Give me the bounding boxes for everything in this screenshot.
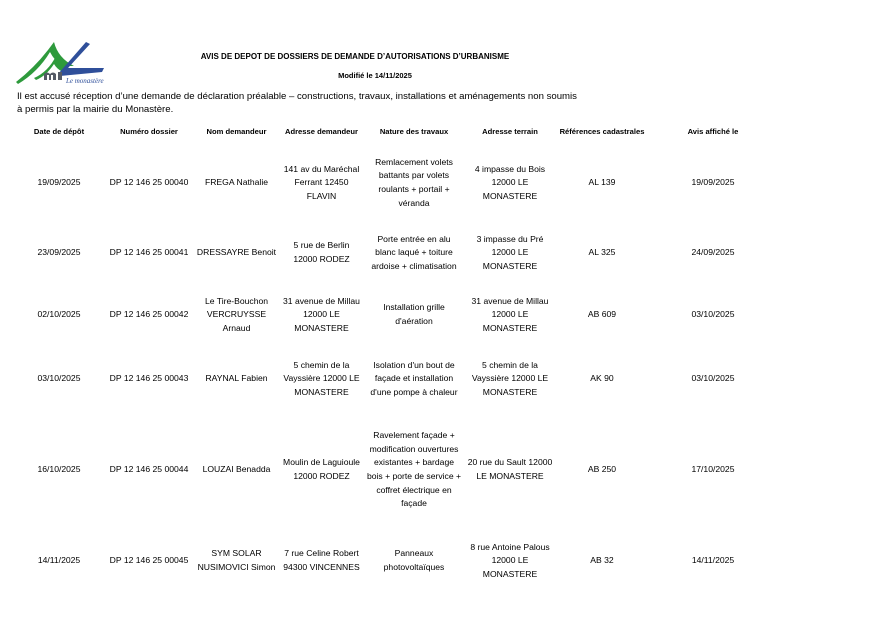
page-title: AVIS DE DEPOT DE DOSSIERS DE DEMANDE D’A… — [180, 52, 530, 61]
cell-adresse-terrain: 20 rue du Sault 12000 LE MONASTERE — [464, 412, 556, 528]
header-avis-affiche: Avis affiché le — [648, 118, 778, 144]
cell-numero: DP 12 146 25 00041 — [104, 222, 194, 284]
cell-adresse-demandeur: 31 avenue de Millau 12000 LE MONASTERE — [279, 284, 364, 346]
cell-adresse-terrain: 4 impasse du Bois 12000 LE MONASTERE — [464, 144, 556, 222]
cell-avis: 03/10/2025 — [648, 284, 778, 346]
cell-cadastre: AK 90 — [556, 346, 648, 412]
municipality-logo: Le monastère — [14, 38, 126, 86]
cell-date-depot: 02/10/2025 — [14, 284, 104, 346]
cell-numero: DP 12 146 25 00040 — [104, 144, 194, 222]
cell-date-depot: 19/09/2025 — [14, 144, 104, 222]
applications-table: Date de dépôt Numéro dossier Nom demande… — [14, 118, 778, 594]
cell-avis: 24/09/2025 — [648, 222, 778, 284]
table-row: 14/11/2025 DP 12 146 25 00045 SYM SOLAR … — [14, 528, 778, 594]
cell-adresse-demandeur: Moulin de Laguioule 12000 RODEZ — [279, 412, 364, 528]
cell-numero: DP 12 146 25 00044 — [104, 412, 194, 528]
cell-date-depot: 14/11/2025 — [14, 528, 104, 594]
header-nom-demandeur: Nom demandeur — [194, 118, 279, 144]
header-nature-travaux: Nature des travaux — [364, 118, 464, 144]
header-references-cadastrales: Références cadastrales — [556, 118, 648, 144]
header-date-depot: Date de dépôt — [14, 118, 104, 144]
cell-cadastre: AL 139 — [556, 144, 648, 222]
logo-icon: Le monastère — [14, 38, 126, 86]
header-adresse-terrain: Adresse terrain — [464, 118, 556, 144]
header-adresse-demandeur: Adresse demandeur — [279, 118, 364, 144]
modified-date: Modifié le 14/11/2025 — [180, 71, 570, 80]
cell-adresse-demandeur: 141 av du Maréchal Ferrant 12450 FLAVIN — [279, 144, 364, 222]
cell-avis: 19/09/2025 — [648, 144, 778, 222]
cell-nature: Isolation d'un bout de façade et install… — [364, 346, 464, 412]
cell-adresse-terrain: 31 avenue de Millau 12000 LE MONASTERE — [464, 284, 556, 346]
cell-nom: LOUZAI Benadda — [194, 412, 279, 528]
table-row: 16/10/2025 DP 12 146 25 00044 LOUZAI Ben… — [14, 412, 778, 528]
cell-adresse-demandeur: 7 rue Celine Robert 94300 VINCENNES — [279, 528, 364, 594]
cell-nom: DRESSAYRE Benoit — [194, 222, 279, 284]
cell-nature: Installation grille d'aération — [364, 284, 464, 346]
cell-nom: Le Tire-Bouchon VERCRUYSSE Arnaud — [194, 284, 279, 346]
header-numero-dossier: Numéro dossier — [104, 118, 194, 144]
cell-avis: 14/11/2025 — [648, 528, 778, 594]
cell-cadastre: AL 325 — [556, 222, 648, 284]
cell-adresse-demandeur: 5 chemin de la Vayssière 12000 LE MONAST… — [279, 346, 364, 412]
cell-date-depot: 16/10/2025 — [14, 412, 104, 528]
cell-nature: Porte entrée en alu blanc laqué + toitur… — [364, 222, 464, 284]
cell-nature: Panneaux photovoltaïques — [364, 528, 464, 594]
cell-avis: 03/10/2025 — [648, 346, 778, 412]
cell-avis: 17/10/2025 — [648, 412, 778, 528]
cell-adresse-terrain: 3 impasse du Pré 12000 LE MONASTERE — [464, 222, 556, 284]
cell-date-depot: 23/09/2025 — [14, 222, 104, 284]
cell-adresse-terrain: 5 chemin de la Vayssière 12000 LE MONAST… — [464, 346, 556, 412]
cell-nom: RAYNAL Fabien — [194, 346, 279, 412]
cell-nom: FREGA Nathalie — [194, 144, 279, 222]
table-row: 02/10/2025 DP 12 146 25 00042 Le Tire-Bo… — [14, 284, 778, 346]
cell-nom: SYM SOLAR NUSIMOVICI Simon — [194, 528, 279, 594]
intro-paragraph: Il est accusé réception d’une demande de… — [17, 90, 577, 116]
cell-cadastre: AB 609 — [556, 284, 648, 346]
cell-numero: DP 12 146 25 00042 — [104, 284, 194, 346]
cell-adresse-terrain: 8 rue Antoine Palous 12000 LE MONASTERE — [464, 528, 556, 594]
table-header-row: Date de dépôt Numéro dossier Nom demande… — [14, 118, 778, 144]
table-row: 23/09/2025 DP 12 146 25 00041 DRESSAYRE … — [14, 222, 778, 284]
table-row: 19/09/2025 DP 12 146 25 00040 FREGA Nath… — [14, 144, 778, 222]
cell-cadastre: AB 32 — [556, 528, 648, 594]
cell-date-depot: 03/10/2025 — [14, 346, 104, 412]
cell-nature: Ravelement façade + modification ouvertu… — [364, 412, 464, 528]
cell-numero: DP 12 146 25 00045 — [104, 528, 194, 594]
table-row: 03/10/2025 DP 12 146 25 00043 RAYNAL Fab… — [14, 346, 778, 412]
cell-numero: DP 12 146 25 00043 — [104, 346, 194, 412]
cell-adresse-demandeur: 5 rue de Berlin 12000 RODEZ — [279, 222, 364, 284]
svg-text:Le monastère: Le monastère — [65, 77, 104, 85]
cell-nature: Remlacement volets battants par volets r… — [364, 144, 464, 222]
cell-cadastre: AB 250 — [556, 412, 648, 528]
